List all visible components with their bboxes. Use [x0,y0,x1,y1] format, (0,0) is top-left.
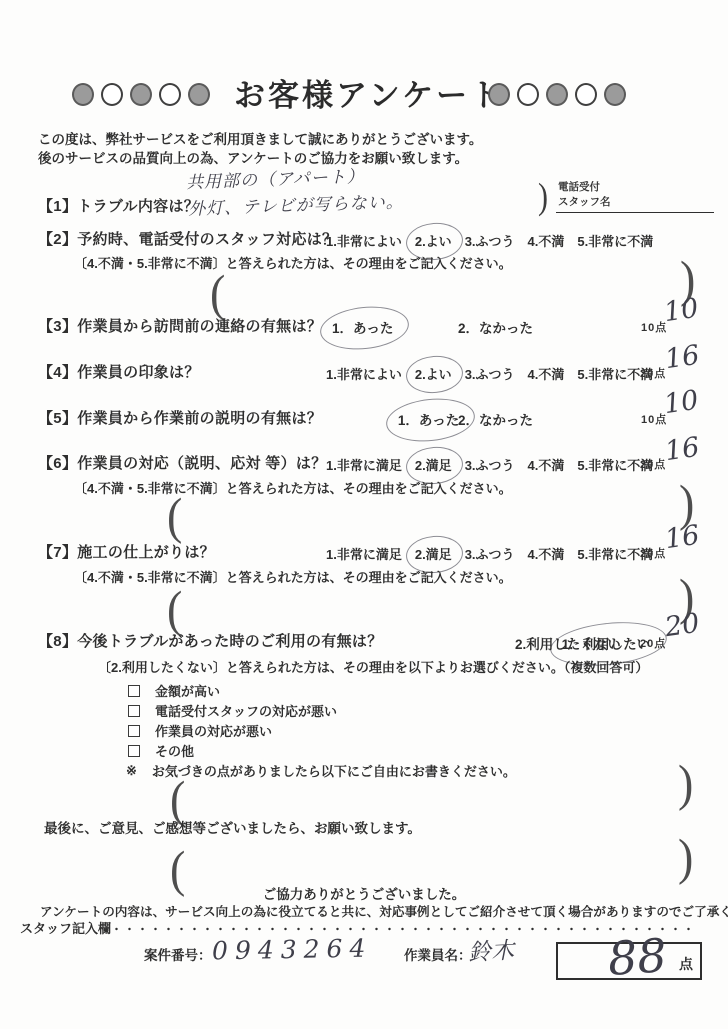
worker-name-label: 作業員名： [404,944,472,964]
q8-checkbox-label-3: 作業員の対応が悪い [155,721,272,740]
q4-label: 【4】作業員の印象は？ [38,361,200,382]
header-dots-right [488,83,626,106]
intro-line-1: この度は、弊社サービスをご利用頂きまして誠にありがとうございます。 [38,130,482,149]
q8-checkbox-label-2: 電話受付スタッフの対応が悪い [155,701,337,720]
q7-handwritten-score: 16 [663,520,701,555]
q8-checkbox-row: 作業員の対応が悪い [128,721,272,740]
q4-option-3: 3.ふつう [465,364,515,383]
staff-bracket: ) [538,176,548,219]
phone-staff-line1: 電話受付 [558,180,611,195]
q6-option-2-selected: 2.満足 [415,455,452,474]
q8-free-note: お気づきの点がありましたら以下にご自由にお書きください。 [152,761,516,780]
q8-note: 〔2.利用したくない〕と答えられた方は、その理由を以下よりお選びください。（複数… [98,657,648,676]
q1-handwritten-answer-line1: 共用部の（アパート） [186,162,365,193]
thanks-text: ご協力ありがとうございました。 [0,883,728,903]
q5-option-2: 2．なかった [458,409,533,429]
scanned-survey-page: お客様アンケート この度は、弊社サービスをご利用頂きまして誠にありがとうございま… [0,0,728,1029]
q4-option-2-selected: 2.よい [415,364,452,383]
dot-open-icon [575,83,597,106]
q6-option-3: 3.ふつう [465,455,515,474]
dot-filled-icon [546,83,568,106]
q2-options: 1.非常によい 2.よい 3.ふつう 4.不満 5.非常に不満 [326,231,653,250]
final-answer-paren-close: ) [678,828,693,886]
q1-label: 【1】トラブル内容は？ [38,195,199,216]
q6-handwritten-score: 16 [663,432,701,467]
dot-filled-icon [604,83,626,106]
staff-name-underline [556,212,714,213]
checkbox-icon [128,725,140,737]
q4-options: 1.非常によい 2.よい 3.ふつう 4.不満 5.非常に不満 [326,364,653,383]
header-dots-left [72,83,210,106]
q7-points-label: 20点 [640,545,666,561]
q8-answer-paren-close: ) [678,754,693,812]
q7-options: 1.非常に満足 2.満足 3.ふつう 4.不満 5.非常に不満 [326,544,653,563]
staff-entry-label: スタッフ記入欄 [20,921,111,936]
q8-handwritten-score: 20 [663,608,701,643]
total-score-value: 88 [606,928,668,986]
checkbox-icon [128,685,140,697]
q5-option-1-selected: 1．あった [398,409,459,429]
q7-option-3: 3.ふつう [465,544,515,563]
dot-filled-icon [488,83,510,106]
checkbox-icon [128,705,140,717]
q6-option-1: 1.非常に満足 [326,455,402,474]
q2-option-5: 5.非常に不満 [577,231,653,250]
q8-option-2: 2.利用したくない [515,633,621,653]
q8-checkbox-row: 電話受付スタッフの対応が悪い [128,701,337,720]
q6-points-label: 20点 [640,456,666,472]
q3-handwritten-score: 10 [662,293,700,328]
q7-label: 【7】施工の仕上がりは？ [38,541,215,562]
q8-checkbox-label-1: 金額が高い [155,681,220,700]
q2-label: 【2】予約時、電話受付のスタッフ対応は？ [38,228,337,249]
dot-filled-icon [130,83,152,106]
q8-checkbox-row: 金額が高い [128,681,220,700]
q8-points-label: 20点 [640,635,666,651]
page-title: お客様アンケート [234,70,504,115]
q2-note: 〔4.不満・5.非常に不満〕と答えられた方は、その理由をご記入ください。 [74,253,512,272]
q4-option-4: 4.不満 [528,364,565,383]
q2-option-3: 3.ふつう [465,231,515,250]
q3-label: 【3】作業員から訪問前の連絡の有無は？ [38,315,322,336]
q7-option-2-selected: 2.満足 [415,544,452,563]
checkbox-icon [128,745,140,757]
case-number-value: 0943264 [212,934,373,966]
dot-filled-icon [188,83,210,106]
intro-text: この度は、弊社サービスをご利用頂きまして誠にありがとうございます。 後のサービス… [38,130,482,168]
q5-handwritten-score: 10 [662,385,700,420]
q6-note: 〔4.不満・5.非常に不満〕と答えられた方は、その理由をご記入ください。 [74,478,512,497]
phone-staff-line2: スタッフ名 [558,195,611,210]
total-score-unit: 点 [679,954,693,974]
q4-option-1: 1.非常によい [326,364,402,383]
phone-staff-labels: 電話受付 スタッフ名 [558,180,611,210]
dot-filled-icon [72,83,94,106]
q3-points-label: 10点 [641,319,667,335]
q3-option-2: 2．なかった [458,317,533,337]
q6-answer-paren-open: ( [167,487,182,545]
q6-option-4: 4.不満 [528,455,565,474]
asterisk-icon: ※ [126,763,137,779]
q7-note: 〔4.不満・5.非常に不満〕と答えられた方は、その理由をご記入ください。 [74,567,512,586]
dot-open-icon [101,83,123,106]
q5-points-label: 10点 [641,411,667,427]
q5-label: 【5】作業員から作業前の説明の有無は？ [38,407,322,428]
q2-option-4: 4.不満 [528,231,565,250]
q7-option-4: 4.不満 [528,544,565,563]
q1-handwritten-answer-line2: 外灯、テレビが写らない。 [188,187,404,220]
q8-checkbox-label-4: その他 [155,741,194,760]
q4-points-label: 20点 [640,365,666,381]
dot-open-icon [159,83,181,106]
final-request: 最後に、ご意見、ご感想等ございましたら、お願い致します。 [44,817,421,837]
case-number-label: 案件番号： [144,944,212,964]
dot-open-icon [517,83,539,106]
q3-option-1-selected: 1．あった [332,317,393,337]
q8-label: 【8】今後トラブルがあった時のご利用の有無は？ [38,630,383,651]
q2-answer-paren-open: ( [210,264,225,322]
q2-option-2-selected: 2.よい [415,231,452,250]
q6-options: 1.非常に満足 2.満足 3.ふつう 4.不満 5.非常に不満 [326,455,653,474]
q4-handwritten-score: 16 [663,340,701,375]
q6-label: 【6】作業員の対応（説明、応対 等）は？ [38,452,327,473]
q2-option-1: 1.非常によい [326,231,402,250]
q8-checkbox-row: その他 [128,741,194,760]
q7-option-1: 1.非常に満足 [326,544,402,563]
worker-name-value: 鈴木 [467,932,515,967]
